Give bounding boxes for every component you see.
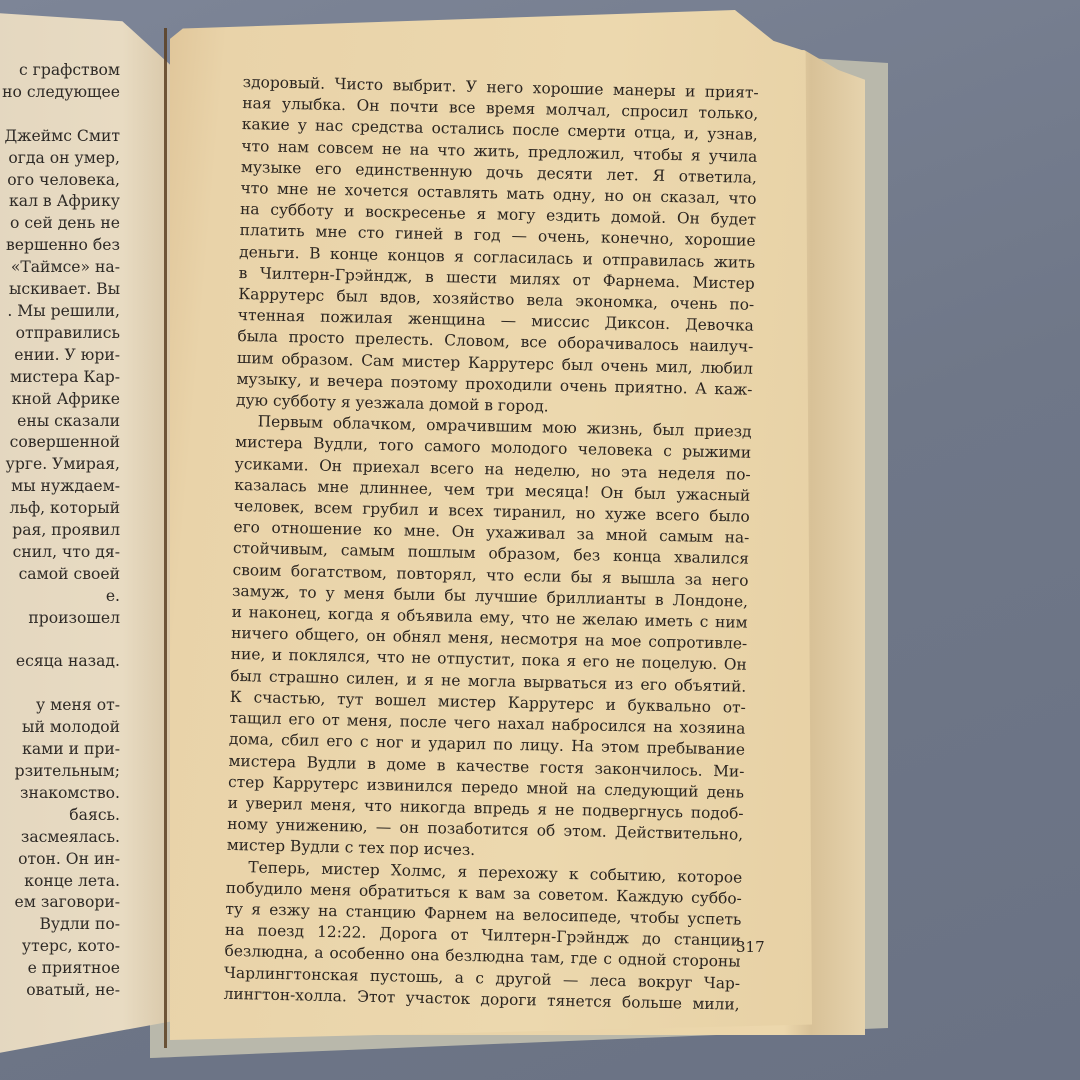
text-line: отправились <box>0 323 120 345</box>
text-line <box>0 630 120 652</box>
text-line: ками и при- <box>0 739 120 761</box>
text-line: снил, что дя- <box>0 542 120 564</box>
text-line: о сей день не <box>0 213 120 235</box>
text-line: есяца назад. <box>0 651 120 673</box>
text-line: кал в Африку <box>0 191 120 213</box>
text-line: у меня от- <box>0 695 120 717</box>
text-line: . Мы решили, <box>0 301 120 323</box>
text-line: огда он умер, <box>0 148 120 170</box>
text-line <box>0 673 120 695</box>
text-line: ого человека, <box>0 170 120 192</box>
text-line: с графством <box>0 60 120 82</box>
text-line: ый молодой <box>0 717 120 739</box>
text-line: самой своей <box>0 564 120 586</box>
text-line: но следующее <box>0 82 120 104</box>
right-page-text: здоровый. Чисто выбрит. У него хорошие м… <box>223 72 758 1016</box>
page-number: 317 <box>736 938 765 956</box>
text-line: кной Африке <box>0 389 120 411</box>
text-line: конце лета. <box>0 871 120 893</box>
book-gutter <box>164 28 167 1048</box>
text-line: произошел <box>0 608 120 630</box>
text-line: е. <box>0 586 120 608</box>
text-line: мистера Кар- <box>0 367 120 389</box>
text-line: рая, проявил <box>0 520 120 542</box>
left-page-text: с графствомно следующее Джеймс Смитогда … <box>0 60 120 1002</box>
text-line: Джеймс Смит <box>0 126 120 148</box>
text-line: утерс, кото- <box>0 936 120 958</box>
text-line: урге. Умирая, <box>0 454 120 476</box>
text-line: мы нуждаем- <box>0 476 120 498</box>
text-line: баясь. <box>0 805 120 827</box>
text-line: Вудли по- <box>0 914 120 936</box>
text-line: е приятное <box>0 958 120 980</box>
text-line: «Таймсе» на- <box>0 257 120 279</box>
text-line <box>0 104 120 126</box>
text-line: совершенной <box>0 432 120 454</box>
text-line: вершенно без <box>0 235 120 257</box>
text-line: оватый, не- <box>0 980 120 1002</box>
text-line: ем заговори- <box>0 892 120 914</box>
text-line: ены сказали <box>0 411 120 433</box>
left-page-text-area: с графствомно следующее Джеймс Смитогда … <box>0 0 122 1080</box>
text-line: льф, который <box>0 498 120 520</box>
text-line: ении. У юри- <box>0 345 120 367</box>
text-line: засмеялась. <box>0 827 120 849</box>
text-line: рзительным; <box>0 761 120 783</box>
text-line: отон. Он ин- <box>0 849 120 871</box>
text-line: ыскивает. Вы <box>0 279 120 301</box>
text-line: знакомство. <box>0 783 120 805</box>
